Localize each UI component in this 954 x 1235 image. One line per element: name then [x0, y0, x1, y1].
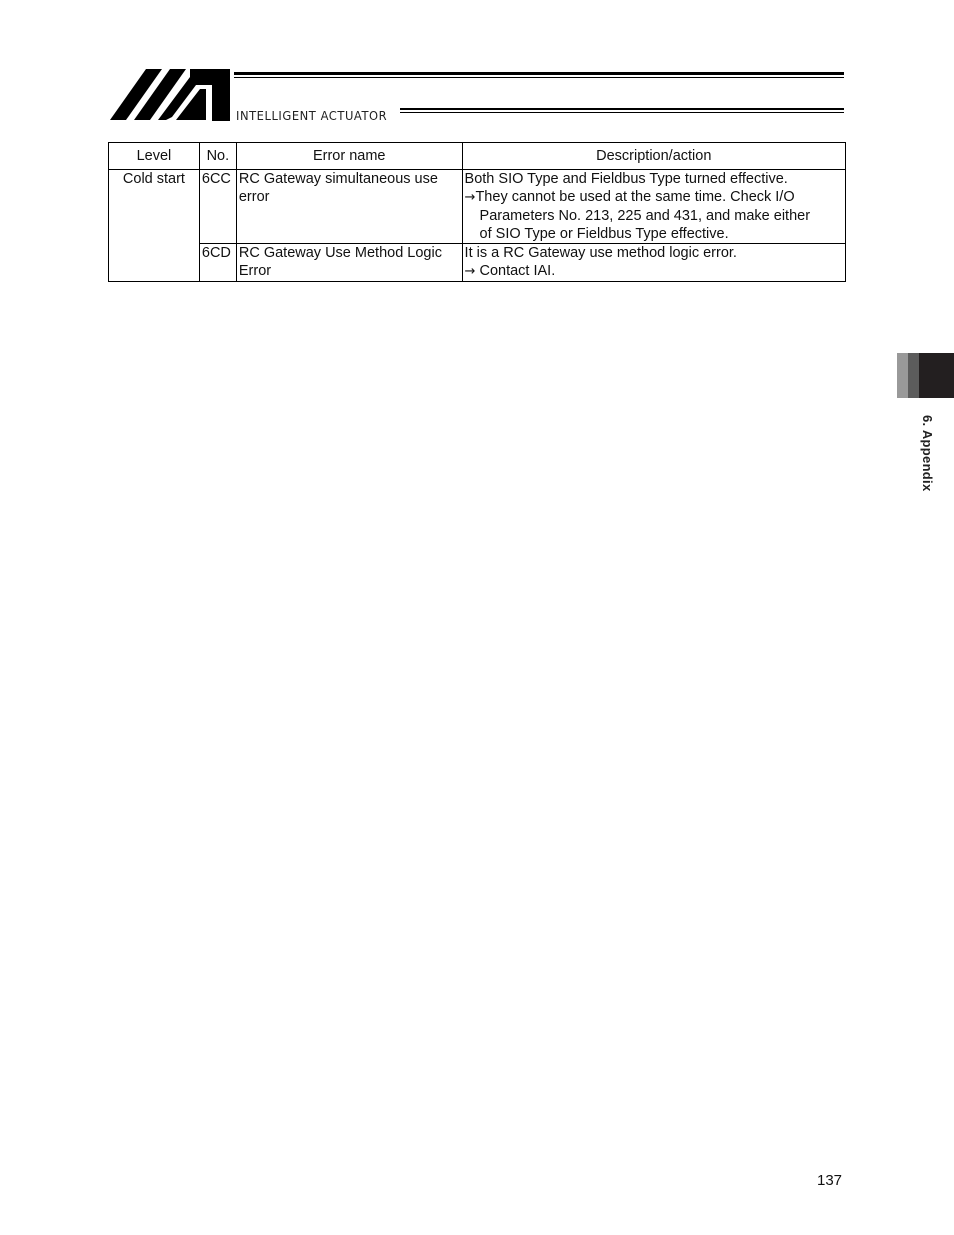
- action-text: They cannot be used at the same time. Ch…: [475, 189, 794, 205]
- action-text-continued: Parameters No. 213, 225 and 431, and mak…: [465, 207, 843, 225]
- chapter-label: 6. Appendix: [920, 415, 935, 492]
- action-text-continued: of SIO Type or Fieldbus Type effective.: [465, 225, 843, 243]
- action-line: → Contact IAI.: [465, 262, 843, 281]
- table-header-row: Level No. Error name Description/action: [109, 143, 846, 170]
- tab-stripe: [908, 353, 919, 398]
- level-cell: Cold start: [109, 170, 200, 282]
- header-rule: [234, 72, 844, 75]
- action-text: Contact IAI.: [475, 263, 555, 279]
- brand-text: INTELLIGENT ACTUATOR: [236, 108, 387, 123]
- description-cell: It is a RC Gateway use method logic erro…: [462, 244, 845, 282]
- page-number: 137: [817, 1172, 842, 1189]
- tab-stripe: [897, 353, 908, 398]
- error-no-cell: 6CD: [199, 244, 236, 282]
- tab-stripe: [919, 353, 954, 398]
- column-header-level: Level: [109, 143, 200, 170]
- iai-logo-icon: [110, 69, 234, 121]
- table-row: Cold start 6CC RC Gateway simultaneous u…: [109, 170, 846, 244]
- error-table: Level No. Error name Description/action …: [108, 142, 846, 282]
- description-cell: Both SIO Type and Fieldbus Type turned e…: [462, 170, 845, 244]
- arrow-icon: →: [465, 190, 476, 205]
- column-header-error-name: Error name: [236, 143, 462, 170]
- header-rule: [400, 108, 844, 110]
- description-text: Both SIO Type and Fieldbus Type turned e…: [465, 170, 843, 188]
- arrow-icon: →: [465, 264, 476, 279]
- table-row: 6CD RC Gateway Use Method Logic Error It…: [109, 244, 846, 282]
- action-line: →They cannot be used at the same time. C…: [465, 188, 843, 207]
- chapter-tab-marker: [897, 353, 954, 398]
- error-no-cell: 6CC: [199, 170, 236, 244]
- column-header-no: No.: [199, 143, 236, 170]
- header-rule: [400, 112, 844, 113]
- column-header-description: Description/action: [462, 143, 845, 170]
- error-name-cell: RC Gateway simultaneous use error: [236, 170, 462, 244]
- header-rule: [234, 77, 844, 78]
- description-text: It is a RC Gateway use method logic erro…: [465, 244, 843, 262]
- error-name-cell: RC Gateway Use Method Logic Error: [236, 244, 462, 282]
